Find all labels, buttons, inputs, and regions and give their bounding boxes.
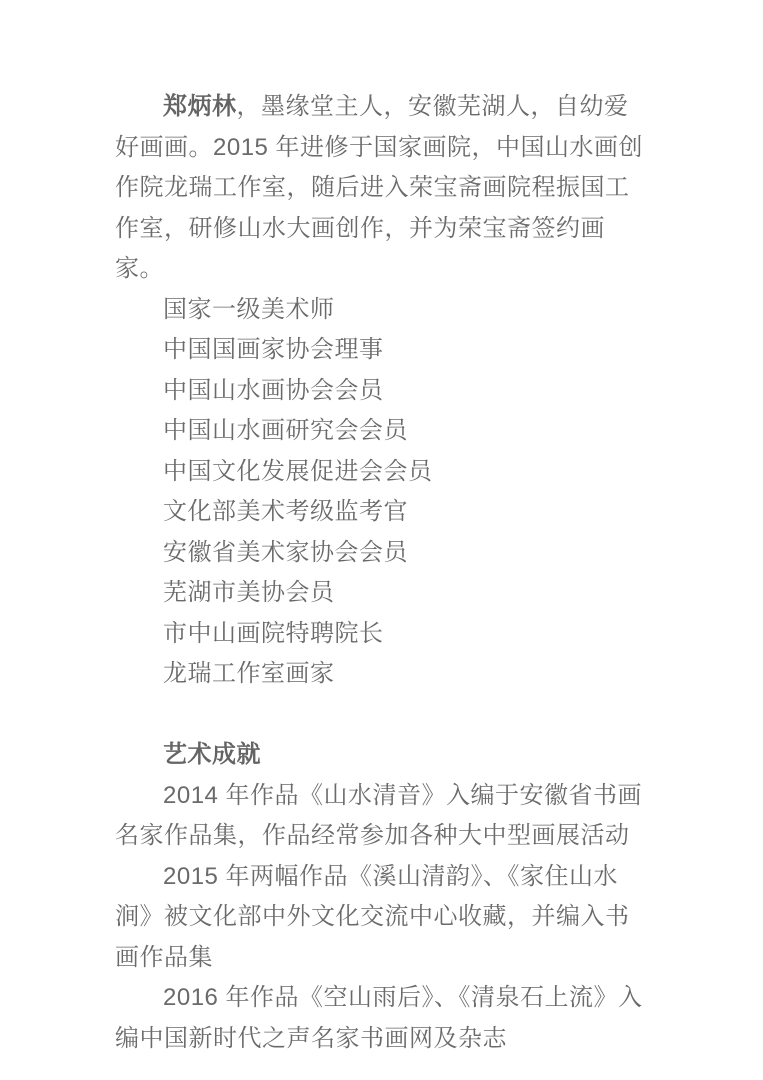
bio-paragraph: 郑炳林，墨缘堂主人，安徽芜湖人，自幼爱好画画。2015 年进修于国家画院，中国山… [115,87,649,290]
title-line: 中国文化发展促进会会员 [115,452,649,493]
achievement-paragraph: 2016 年作品《空山雨后》、《清泉石上流》入编中国新时代之声名家书画网及杂志 [115,978,649,1059]
title-line: 安徽省美术家协会会员 [115,533,649,574]
title-line: 中国山水画研究会会员 [115,411,649,452]
achievement-paragraph: 2015 年两幅作品《溪山清韵》、《家住山水涧》被文化部中外文化交流中心收藏，并… [115,857,649,979]
title-line: 芜湖市美协会员 [115,573,649,614]
title-line: 市中山画院特聘院长 [115,614,649,655]
achievement-paragraph: 2014 年作品《山水清音》入编于安徽省书画名家作品集，作品经常参加各种大中型画… [115,776,649,857]
title-line: 龙瑞工作室画家 [115,654,649,695]
achievements-heading: 艺术成就 [115,735,649,776]
document-content: 郑炳林，墨缘堂主人，安徽芜湖人，自幼爱好画画。2015 年进修于国家画院，中国山… [115,87,649,1059]
bio-intro-text: ，墨缘堂主人，安徽芜湖人，自幼爱好画画。2015 年进修于国家画院，中国山水画创… [115,93,643,282]
title-line: 国家一级美术师 [115,290,649,331]
title-line: 中国国画家协会理事 [115,330,649,371]
title-line: 文化部美术考级监考官 [115,492,649,533]
title-line: 中国山水画协会会员 [115,371,649,412]
artist-name: 郑炳林 [163,93,237,120]
